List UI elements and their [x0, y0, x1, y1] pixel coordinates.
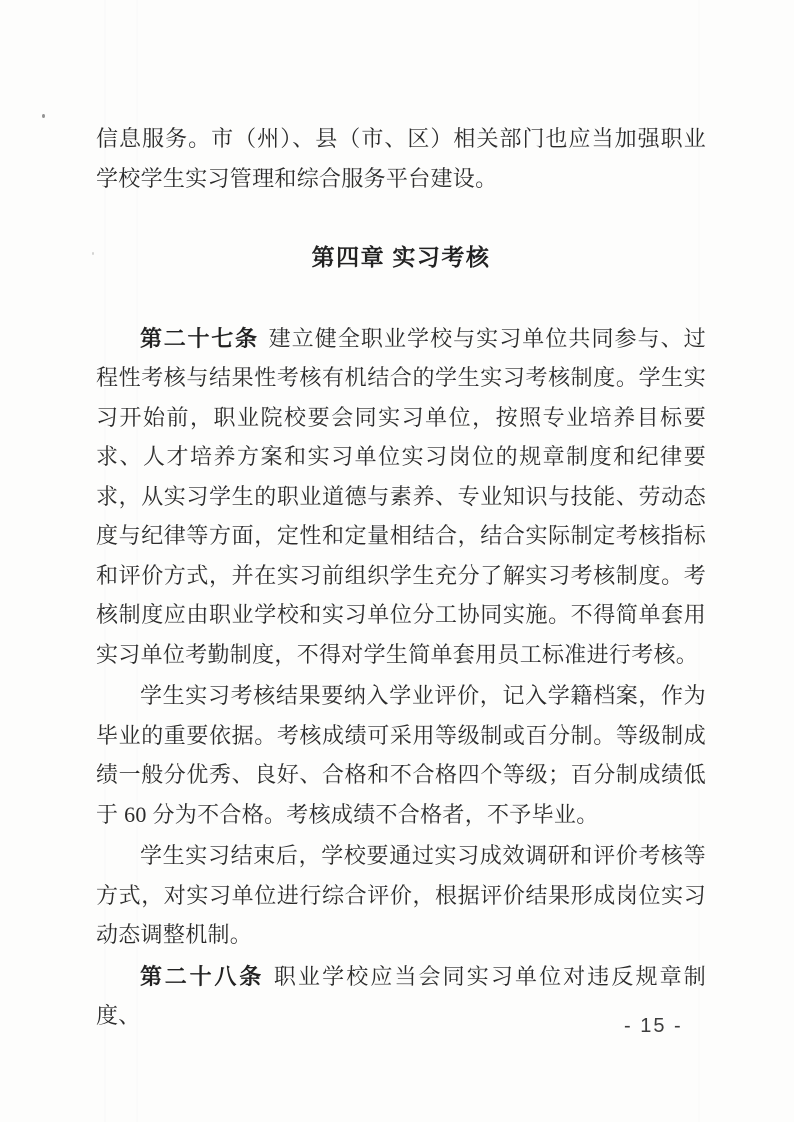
article-27-label: 第二十七条	[140, 326, 259, 351]
scan-speck	[42, 114, 45, 118]
grading-paragraph: 学生实习考核结果要纳入学业评价，记入学籍档案，作为毕业的重要依据。考核成绩可采用…	[96, 676, 706, 834]
continuation-paragraph: 信息服务。市（州）、县（市、区）相关部门也应当加强职业学校学生实习管理和综合服务…	[96, 119, 706, 198]
document-page: 信息服务。市（州）、县（市、区）相关部门也应当加强职业学校学生实习管理和综合服务…	[0, 0, 794, 1122]
evaluation-paragraph: 学生实习结束后，学校要通过实习成效调研和评价考核等方式，对实习单位进行综合评价，…	[96, 836, 706, 955]
article-27-body: 建立健全职业学校与实习单位共同参与、过程性考核与结果性考核有机结合的学生实习考核…	[96, 326, 706, 667]
page-number: - 15 -	[624, 1012, 683, 1040]
chapter-heading: 第四章 实习考核	[96, 238, 706, 278]
article-28-paragraph: 第二十八条职业学校应当会同实习单位对违反规章制度、	[96, 957, 706, 1036]
article-28-label: 第二十八条	[140, 964, 264, 989]
scan-speck	[92, 252, 94, 255]
page-content: 信息服务。市（州）、县（市、区）相关部门也应当加强职业学校学生实习管理和综合服务…	[96, 119, 706, 1036]
article-27-paragraph: 第二十七条建立健全职业学校与实习单位共同参与、过程性考核与结果性考核有机结合的学…	[96, 319, 706, 675]
